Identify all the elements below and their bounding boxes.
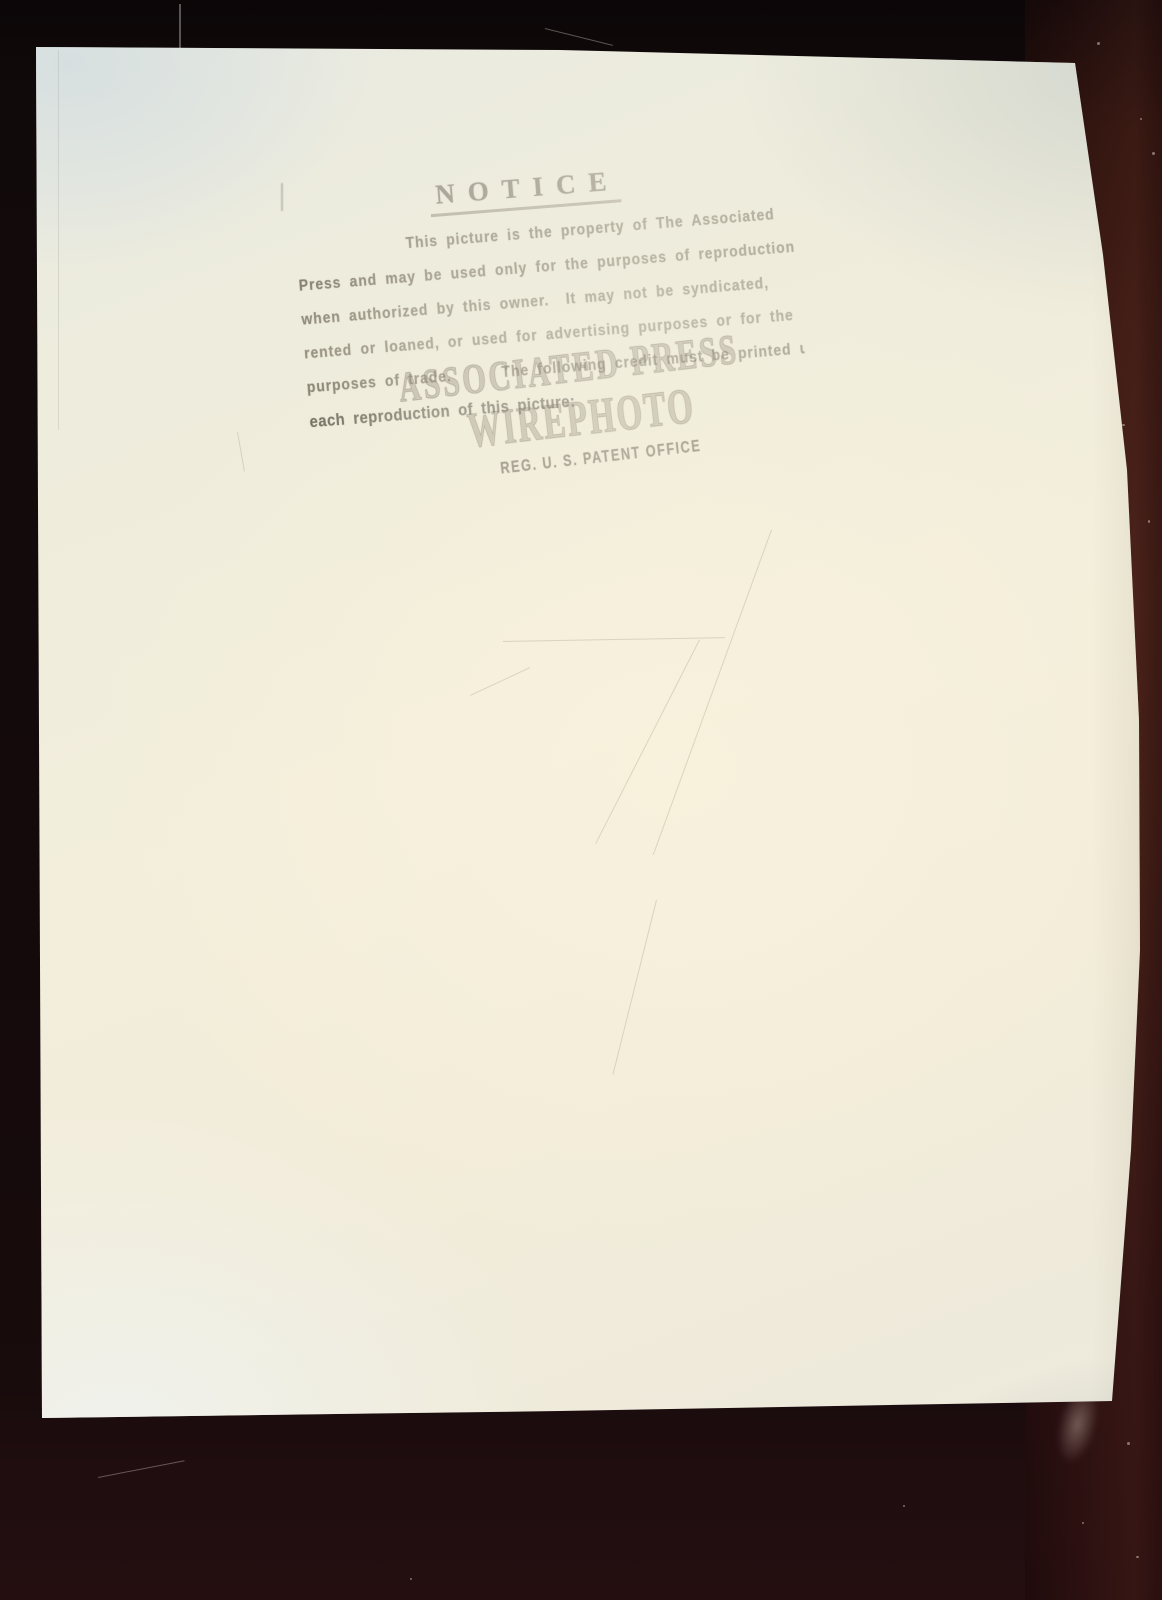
pencil-mark — [281, 183, 283, 211]
photo-scene: NOTICE This picture is the property of T… — [0, 0, 1162, 1600]
scratch-mark — [237, 432, 245, 472]
notice-line: each reproduction of this picture: — [298, 370, 758, 440]
scratch-mark — [179, 4, 181, 48]
crease-line — [58, 50, 59, 430]
dust-speck — [1122, 424, 1125, 426]
notice-line: This picture is the property of The Asso… — [284, 201, 744, 271]
dust-speck — [1097, 42, 1100, 45]
scratch-mark — [653, 530, 772, 855]
notice-line: when authorized by this owner. It may no… — [290, 269, 750, 339]
backdrop-bottom-band — [0, 1390, 1162, 1600]
dust-speck — [1136, 1556, 1139, 1558]
scratch-mark — [503, 637, 725, 642]
dust-speck — [1140, 118, 1142, 120]
dust-speck — [410, 1578, 412, 1580]
photo-paper-back: NOTICE This picture is the property of T… — [0, 0, 1162, 1600]
dust-speck — [1148, 520, 1150, 523]
ap-credit-stamp: ASSOCIATED PRESS WIREPHOTO REG. U. S. PA… — [393, 281, 907, 488]
scratch-mark — [545, 28, 613, 46]
scratch-mark — [612, 900, 657, 1075]
dust-speck — [1152, 152, 1155, 155]
notice-line: rented or loaned, or used for advertisin… — [292, 302, 752, 372]
wirephoto-line: WIREPHOTO — [465, 372, 757, 457]
notice-line: Press and may be used only for the purpo… — [287, 235, 747, 305]
ap-press-line: ASSOCIATED PRESS — [396, 325, 759, 412]
notice-stamp: NOTICE This picture is the property of T… — [278, 118, 809, 440]
dust-speck — [1127, 1442, 1130, 1445]
scratch-mark — [470, 667, 530, 696]
notice-line: purposes of trade. The following credit … — [295, 336, 755, 406]
patent-office-line: REG. U. S. PATENT OFFICE — [499, 424, 805, 479]
dust-speck — [1082, 1522, 1084, 1524]
scratch-mark — [595, 640, 700, 844]
notice-heading: NOTICE — [428, 165, 621, 217]
dust-speck — [903, 1505, 905, 1507]
